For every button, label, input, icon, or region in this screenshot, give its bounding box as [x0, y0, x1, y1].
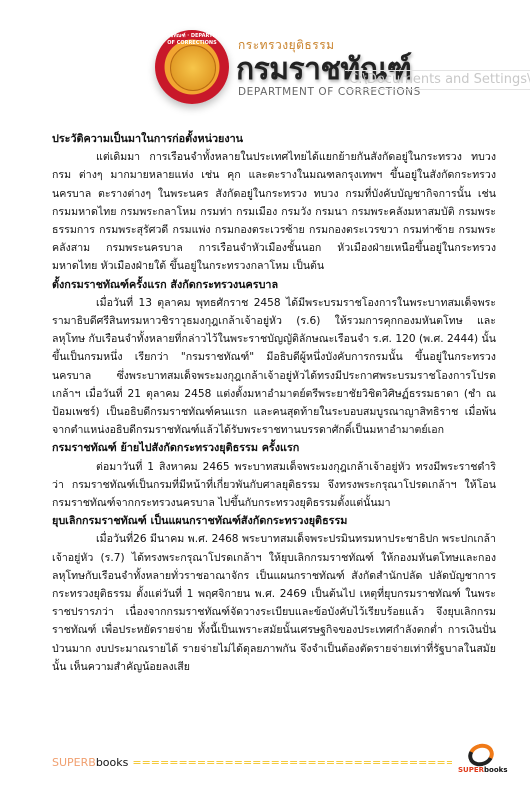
section-heading: ประวัติความเป็นมาในการก่อตั้งหน่วยงาน	[52, 130, 496, 148]
document-header: กรมราชทัณฑ์ · DEPARTMENT OF CORRECTIONS …	[0, 0, 530, 128]
section-paragraph: แต่เดิมมา การเรือนจำทั้งหลายในประเทศไทยไ…	[52, 148, 496, 275]
seal-text: กรมราชทัณฑ์ · DEPARTMENT OF CORRECTIONS	[155, 32, 229, 46]
section-heading: กรมราชทัณฑ์ ย้ายไปสังกัดกระทรวงยุติธรรม …	[52, 439, 496, 457]
superbooks-logo: SUPERbooks	[458, 744, 504, 778]
footer-brand-suffix: books	[96, 756, 129, 769]
logo-text: SUPERbooks	[458, 766, 507, 774]
footer-rule: ========================================…	[132, 756, 452, 769]
section-paragraph: เมื่อวันที่ 13 ตุลาคม พุทธศักราช 2458 ได…	[52, 294, 496, 440]
footer-brand-prefix: SUPERB	[52, 756, 96, 769]
seal-emblem-icon	[170, 45, 216, 91]
department-seal-logo: กรมราชทัณฑ์ · DEPARTMENT OF CORRECTIONS	[155, 30, 229, 104]
logo-text-suffix: books	[484, 766, 507, 774]
section-paragraph: ต่อมาวันที่ 1 สิงหาคม 2465 พระบาทสมเด็จพ…	[52, 458, 496, 513]
file-path-overlay: C:\Documents and Settings\User\Desktop	[345, 70, 530, 90]
page-footer: SUPERBbooks=============================…	[52, 755, 452, 771]
logo-text-prefix: SUPER	[458, 766, 484, 774]
section-paragraph: เมื่อวันที่26 มีนาคม พ.ศ. 2468 พระบาทสมเ…	[52, 530, 496, 676]
section-heading: ยุบเลิกกรมราชทัณฑ์ เป็นแผนกราชทัณฑ์สังกั…	[52, 512, 496, 530]
document-body: ประวัติความเป็นมาในการก่อตั้งหน่วยงาน แต…	[52, 130, 496, 676]
section-heading: ตั้งกรมราชทัณฑ์ครั้งแรก สังกัดกระทรวงนคร…	[52, 276, 496, 294]
